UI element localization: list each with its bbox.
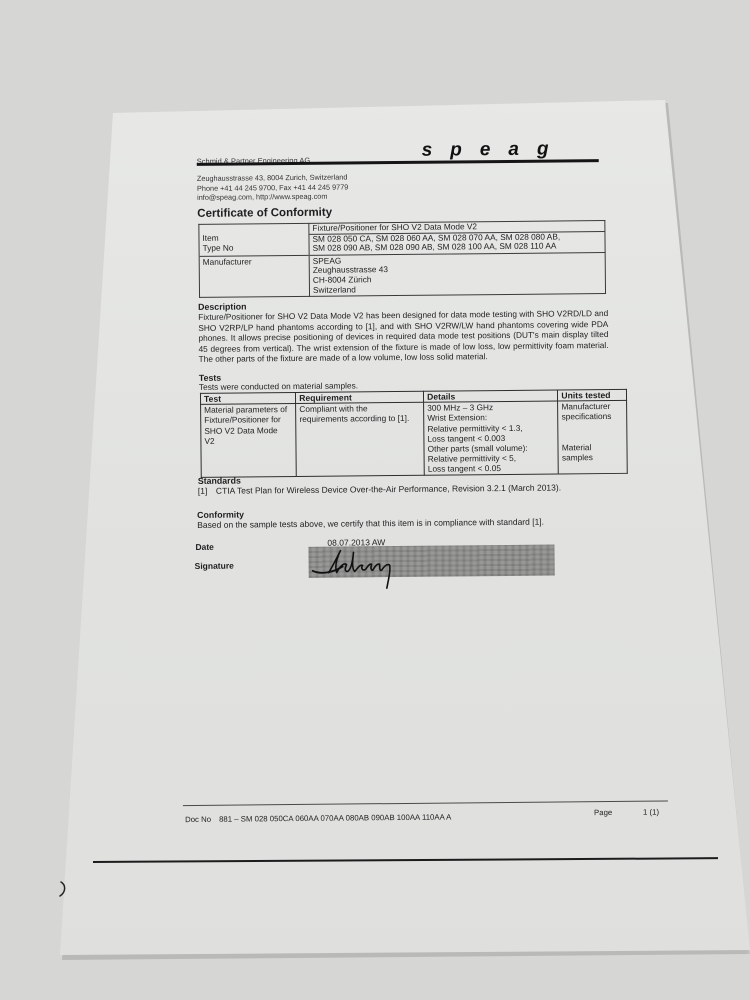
table-row: Manufacturer SPEAG Zeughausstrasse 43 CH… [199,252,605,297]
tests-subtitle: Tests were conducted on material samples… [199,380,358,392]
doc-no-label: Doc No [185,815,211,824]
standard-item: [1]CTIA Test Plan for Wireless Device Ov… [198,482,561,495]
page-label: Page [594,808,612,817]
handwritten-signature-icon [306,544,416,591]
item-label: Item Type No [199,223,309,256]
column-header-test: Test [200,392,295,404]
certificate-title: Certificate of Conformity [197,207,332,220]
page-number: 1 (1) [643,808,659,817]
tests-table: Test Requirement Details Units tested Ma… [200,389,628,478]
details-cell: 300 MHz – 3 GHz Wrist Extension: Relativ… [424,401,559,475]
standard-text: CTIA Test Plan for Wireless Device Over-… [216,482,561,495]
units-tested-cell: Manufacturer specifications Material sam… [558,401,627,474]
doc-no-value: 881 – SM 028 050CA 060AA 070AA 080AB 090… [219,813,451,824]
date-label: Date [195,542,214,552]
conformity-heading: Conformity [197,509,244,519]
standards-heading: Standards [198,476,241,486]
item-info-table: Item Type No Fixture/Positioner for SHO … [198,220,606,298]
company-address: Zeughausstrasse 43, 8004 Zurich, Switzer… [197,172,349,202]
type-no-values: SM 028 050 CA, SM 028 060 AA, SM 028 070… [312,232,601,254]
description-heading: Description [198,301,247,311]
item-value-cell: Fixture/Positioner for SHO V2 Data Mode … [309,221,605,256]
conformity-body: Based on the sample tests above, we cert… [197,517,544,530]
certificate-document: Schmid & Partner Engineering AG speag Ze… [0,0,750,1000]
pen-mark-icon [58,880,70,900]
test-cell: Material parameters of Fixture/Positione… [201,404,297,477]
address-line: info@speag.com, http://www.speag.com [197,191,348,202]
footer-rule [183,800,668,806]
description-body: Fixture/Positioner for SHO V2 Data Mode … [198,308,608,365]
requirement-cell: Compliant with the requirements accordin… [296,402,425,476]
manufacturer-label: Manufacturer [199,255,309,297]
speag-logo: speag [422,138,567,161]
doc-number: Doc No881 – SM 028 050CA 060AA 070AA 080… [185,813,451,825]
standard-ref: [1] [198,486,216,496]
table-row: Material parameters of Fixture/Positione… [201,401,628,478]
signature-label: Signature [195,561,234,571]
manufacturer-value: SPEAG Zeughausstrasse 43 CH-8004 Zürich … [309,252,605,296]
type-no-label: Type No [203,242,306,253]
column-header-units-tested: Units tested [558,389,627,401]
table-row: Item Type No Fixture/Positioner for SHO … [199,221,605,257]
